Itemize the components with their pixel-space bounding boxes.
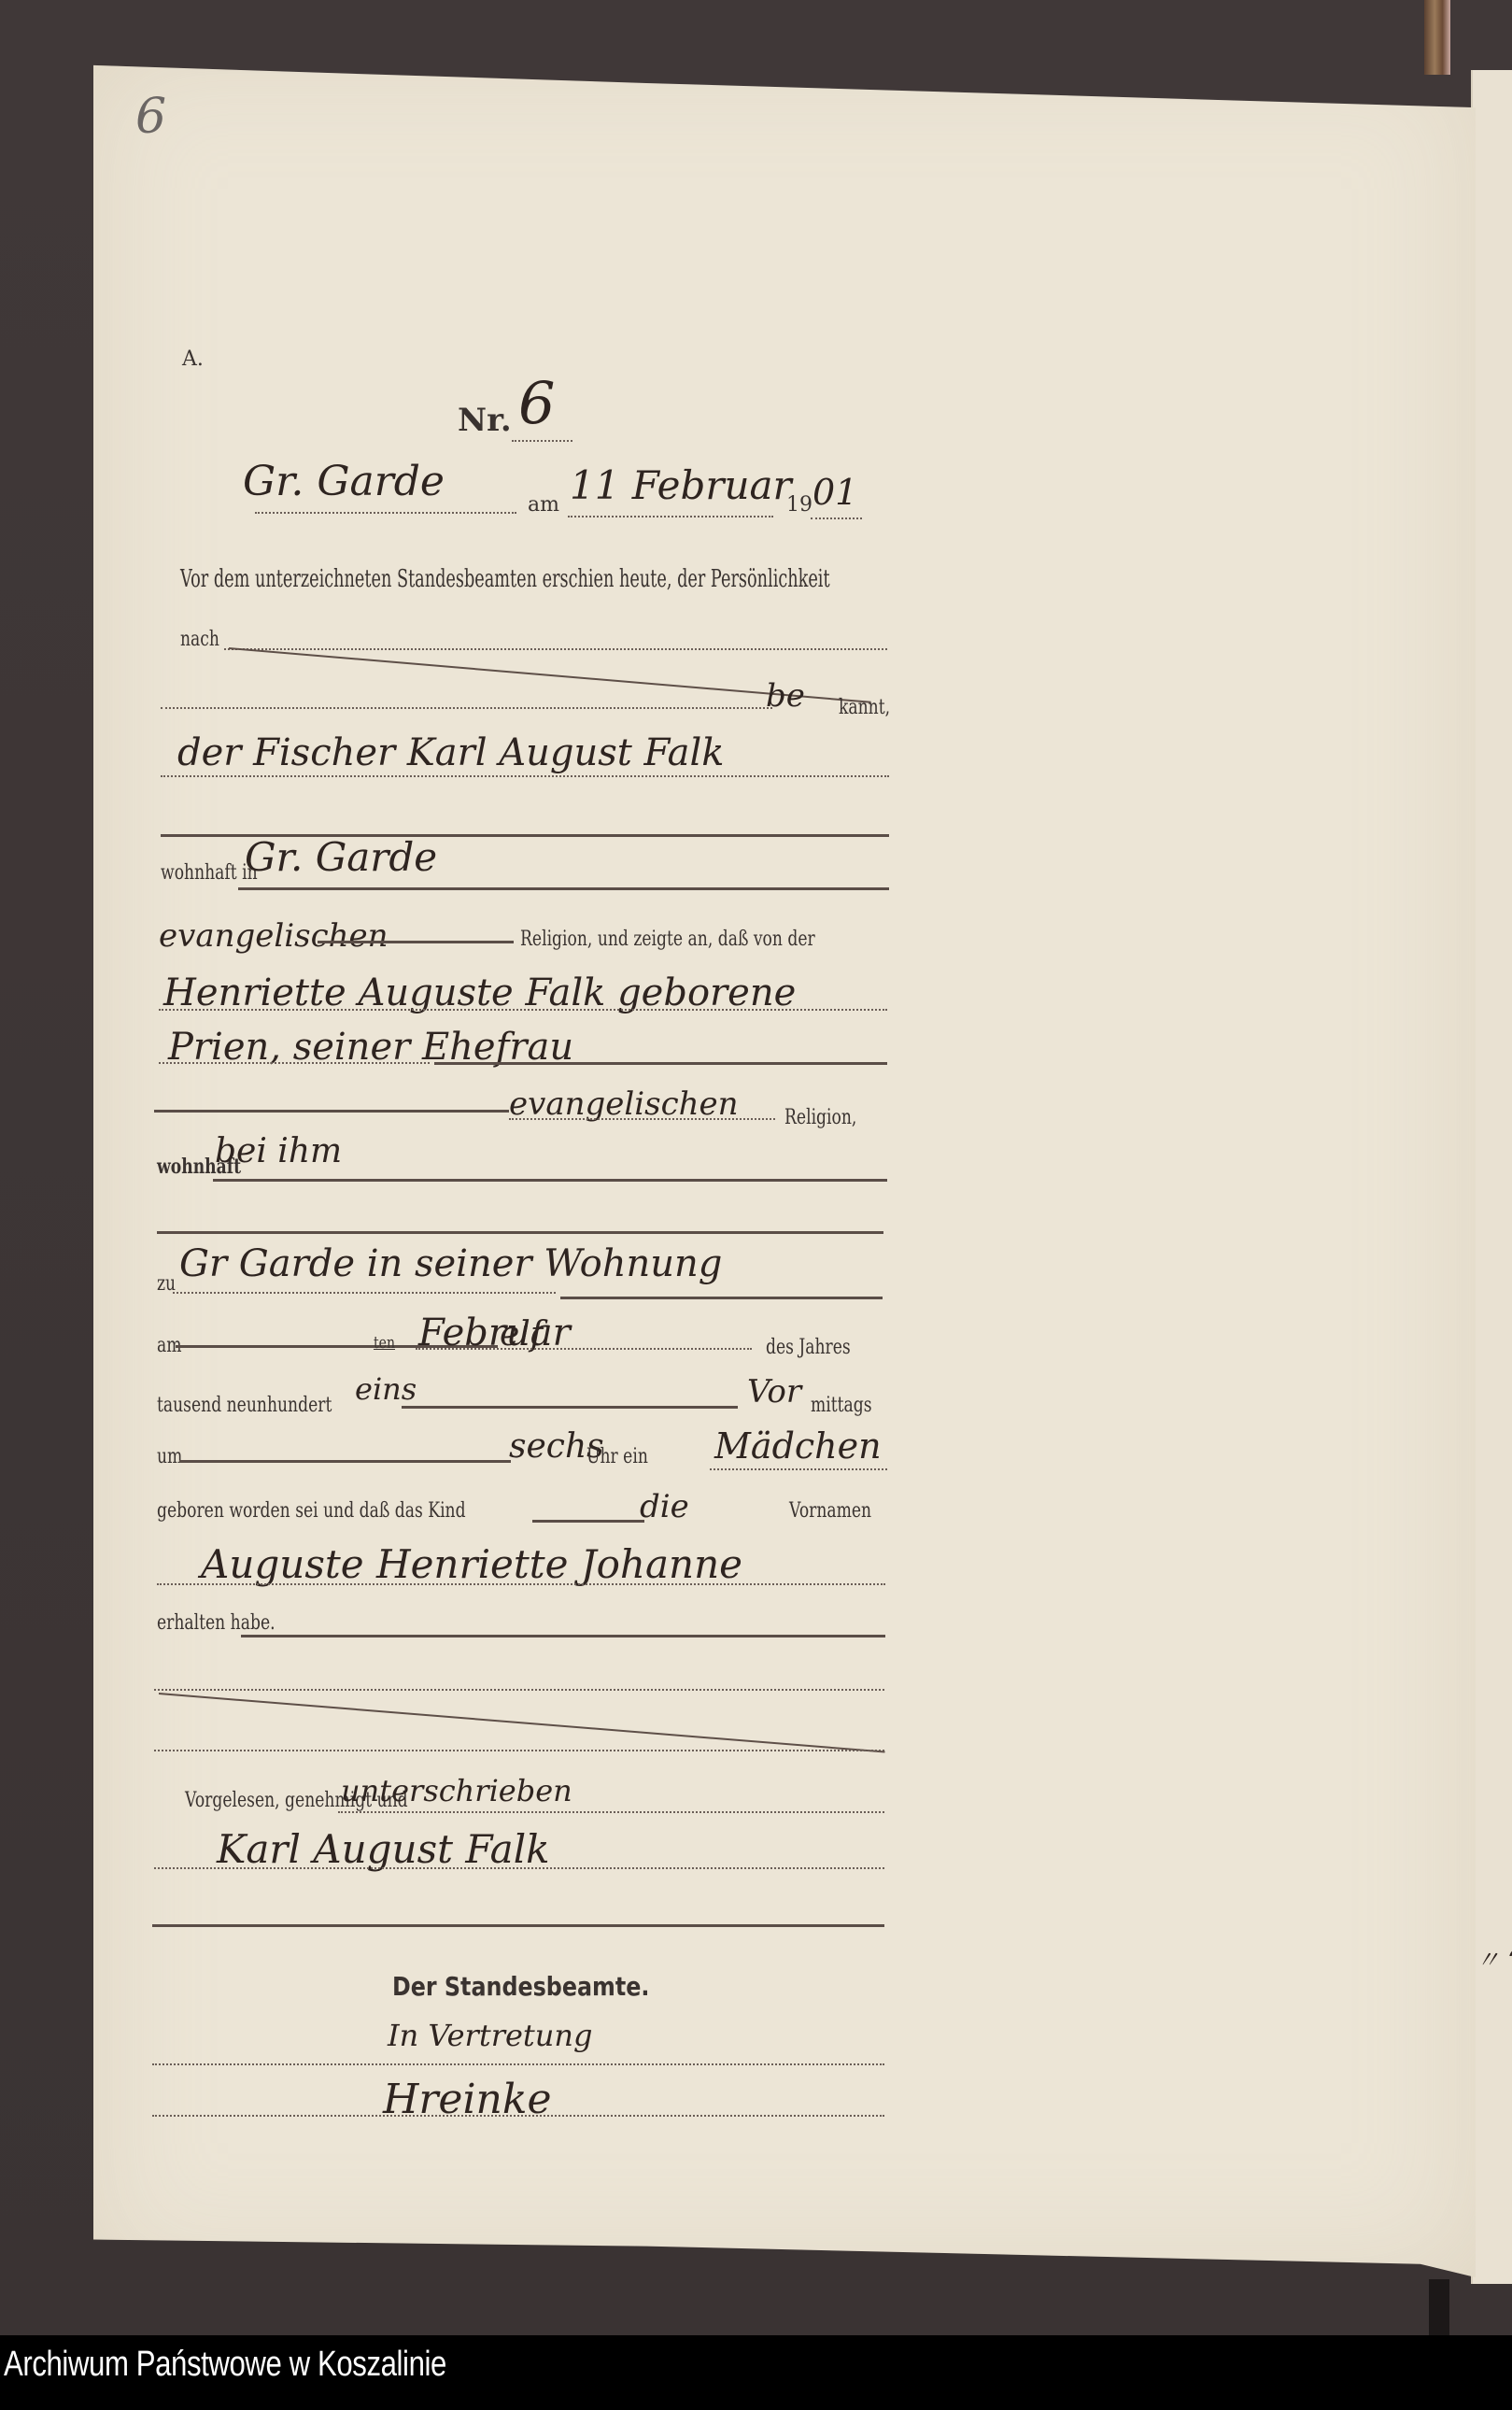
kannt-label: kannt, bbox=[839, 696, 890, 719]
uhr-ein-label: Uhr ein bbox=[586, 1445, 648, 1468]
bekannt-prefix: be bbox=[766, 677, 805, 715]
child-names: Auguste Henriette Johanne bbox=[201, 1541, 742, 1587]
religion-label-2: Religion, bbox=[784, 1106, 856, 1129]
mother-religion: evangelischen bbox=[509, 1085, 739, 1123]
archive-name: Archiwum Państwowe w Koszalinie bbox=[4, 2345, 446, 2385]
child-names-line bbox=[157, 1583, 885, 1585]
book-spine-bottom bbox=[1429, 2279, 1449, 2335]
wohnhaft-line bbox=[213, 1179, 887, 1182]
vorgelesen-line bbox=[338, 1811, 884, 1813]
am-pm: Vor bbox=[747, 1373, 801, 1411]
erhalten-line bbox=[241, 1635, 885, 1637]
zu-line bbox=[173, 1292, 556, 1294]
date-handwritten: 11 Februar bbox=[570, 462, 792, 508]
des-jahres-label: des Jahres bbox=[766, 1336, 851, 1359]
informant-religion: evangelischen bbox=[159, 917, 389, 955]
religion-line-2b bbox=[509, 1118, 775, 1120]
geboren-label: geboren worden sei und daß das Kind bbox=[157, 1499, 466, 1523]
birth-year-word: eins bbox=[355, 1371, 417, 1407]
mittags-label: mittags bbox=[811, 1394, 872, 1417]
form-letter: A. bbox=[182, 347, 204, 371]
tausend-line bbox=[402, 1406, 738, 1409]
erhalten-label: erhalten habe. bbox=[157, 1611, 276, 1635]
mother-line-2-rule-b bbox=[434, 1062, 887, 1065]
birth-place: Gr Garde in seiner Wohnung bbox=[179, 1242, 722, 1285]
residence: Gr. Garde bbox=[245, 834, 437, 880]
registrar-line-1 bbox=[152, 2063, 884, 2065]
mother-line-2-rule bbox=[159, 1062, 430, 1064]
informant-signature: Karl August Falk bbox=[217, 1826, 550, 1872]
religion-label-1: Religion, und zeigte an, daß von der bbox=[520, 928, 815, 951]
child-article: die bbox=[640, 1488, 689, 1525]
mother-residence: bei ihm bbox=[215, 1132, 342, 1170]
informant-name: der Fischer Karl August Falk bbox=[177, 731, 724, 774]
blank-line-1 bbox=[154, 1689, 884, 1691]
registrar-note: In Vertretung bbox=[388, 2018, 592, 2053]
ten-label: ten bbox=[374, 1333, 395, 1353]
year-suffix: 01 bbox=[813, 472, 857, 513]
um-label: um bbox=[157, 1445, 182, 1468]
kannt-line bbox=[161, 707, 772, 709]
place-handwritten: Gr. Garde bbox=[243, 458, 445, 505]
tausend-label: tausend neunhundert bbox=[157, 1394, 332, 1417]
nach-label: nach bbox=[180, 628, 219, 651]
year-line bbox=[811, 517, 862, 519]
religion-line-1 bbox=[318, 941, 514, 943]
geboren-line bbox=[532, 1520, 644, 1523]
sex-line bbox=[710, 1468, 887, 1470]
margin-marks: 〃 ‘ bbox=[1476, 1941, 1512, 1976]
child-sex: Mädchen bbox=[714, 1425, 882, 1467]
blank-line-2 bbox=[154, 1750, 884, 1751]
month-line bbox=[416, 1348, 752, 1350]
nach-line bbox=[224, 648, 887, 650]
registrar-heading: Der Standesbeamte. bbox=[392, 1971, 649, 2002]
mother-line-1-rule bbox=[159, 1009, 887, 1011]
signature-line bbox=[154, 1867, 884, 1869]
signed-word: unterschrieben bbox=[341, 1773, 572, 1808]
nr-value: 6 bbox=[518, 369, 555, 437]
place-line bbox=[255, 512, 516, 514]
book-spine-top bbox=[1424, 0, 1450, 75]
date-line bbox=[568, 516, 773, 517]
page-number-pencil: 6 bbox=[135, 89, 166, 145]
zu-line-b bbox=[560, 1297, 883, 1299]
um-line bbox=[179, 1460, 511, 1463]
nr-underline bbox=[512, 440, 572, 442]
vornamen-label: Vornamen bbox=[789, 1499, 871, 1523]
wohnhaft-line-2 bbox=[157, 1231, 883, 1234]
registrar-line-2 bbox=[152, 2115, 884, 2117]
nr-label: Nr. bbox=[458, 402, 512, 439]
religion-line-2a bbox=[154, 1110, 509, 1113]
wohnhaft-in-label: wohnhaft in bbox=[161, 861, 258, 885]
residence-line bbox=[238, 887, 889, 890]
year-prefix: 19 bbox=[786, 493, 813, 517]
informant-line bbox=[161, 775, 889, 777]
date-prefix: am bbox=[528, 493, 559, 517]
signature-line-2 bbox=[152, 1924, 884, 1927]
intro-text: Vor dem unterzeichneten Standesbeamten e… bbox=[180, 565, 830, 593]
